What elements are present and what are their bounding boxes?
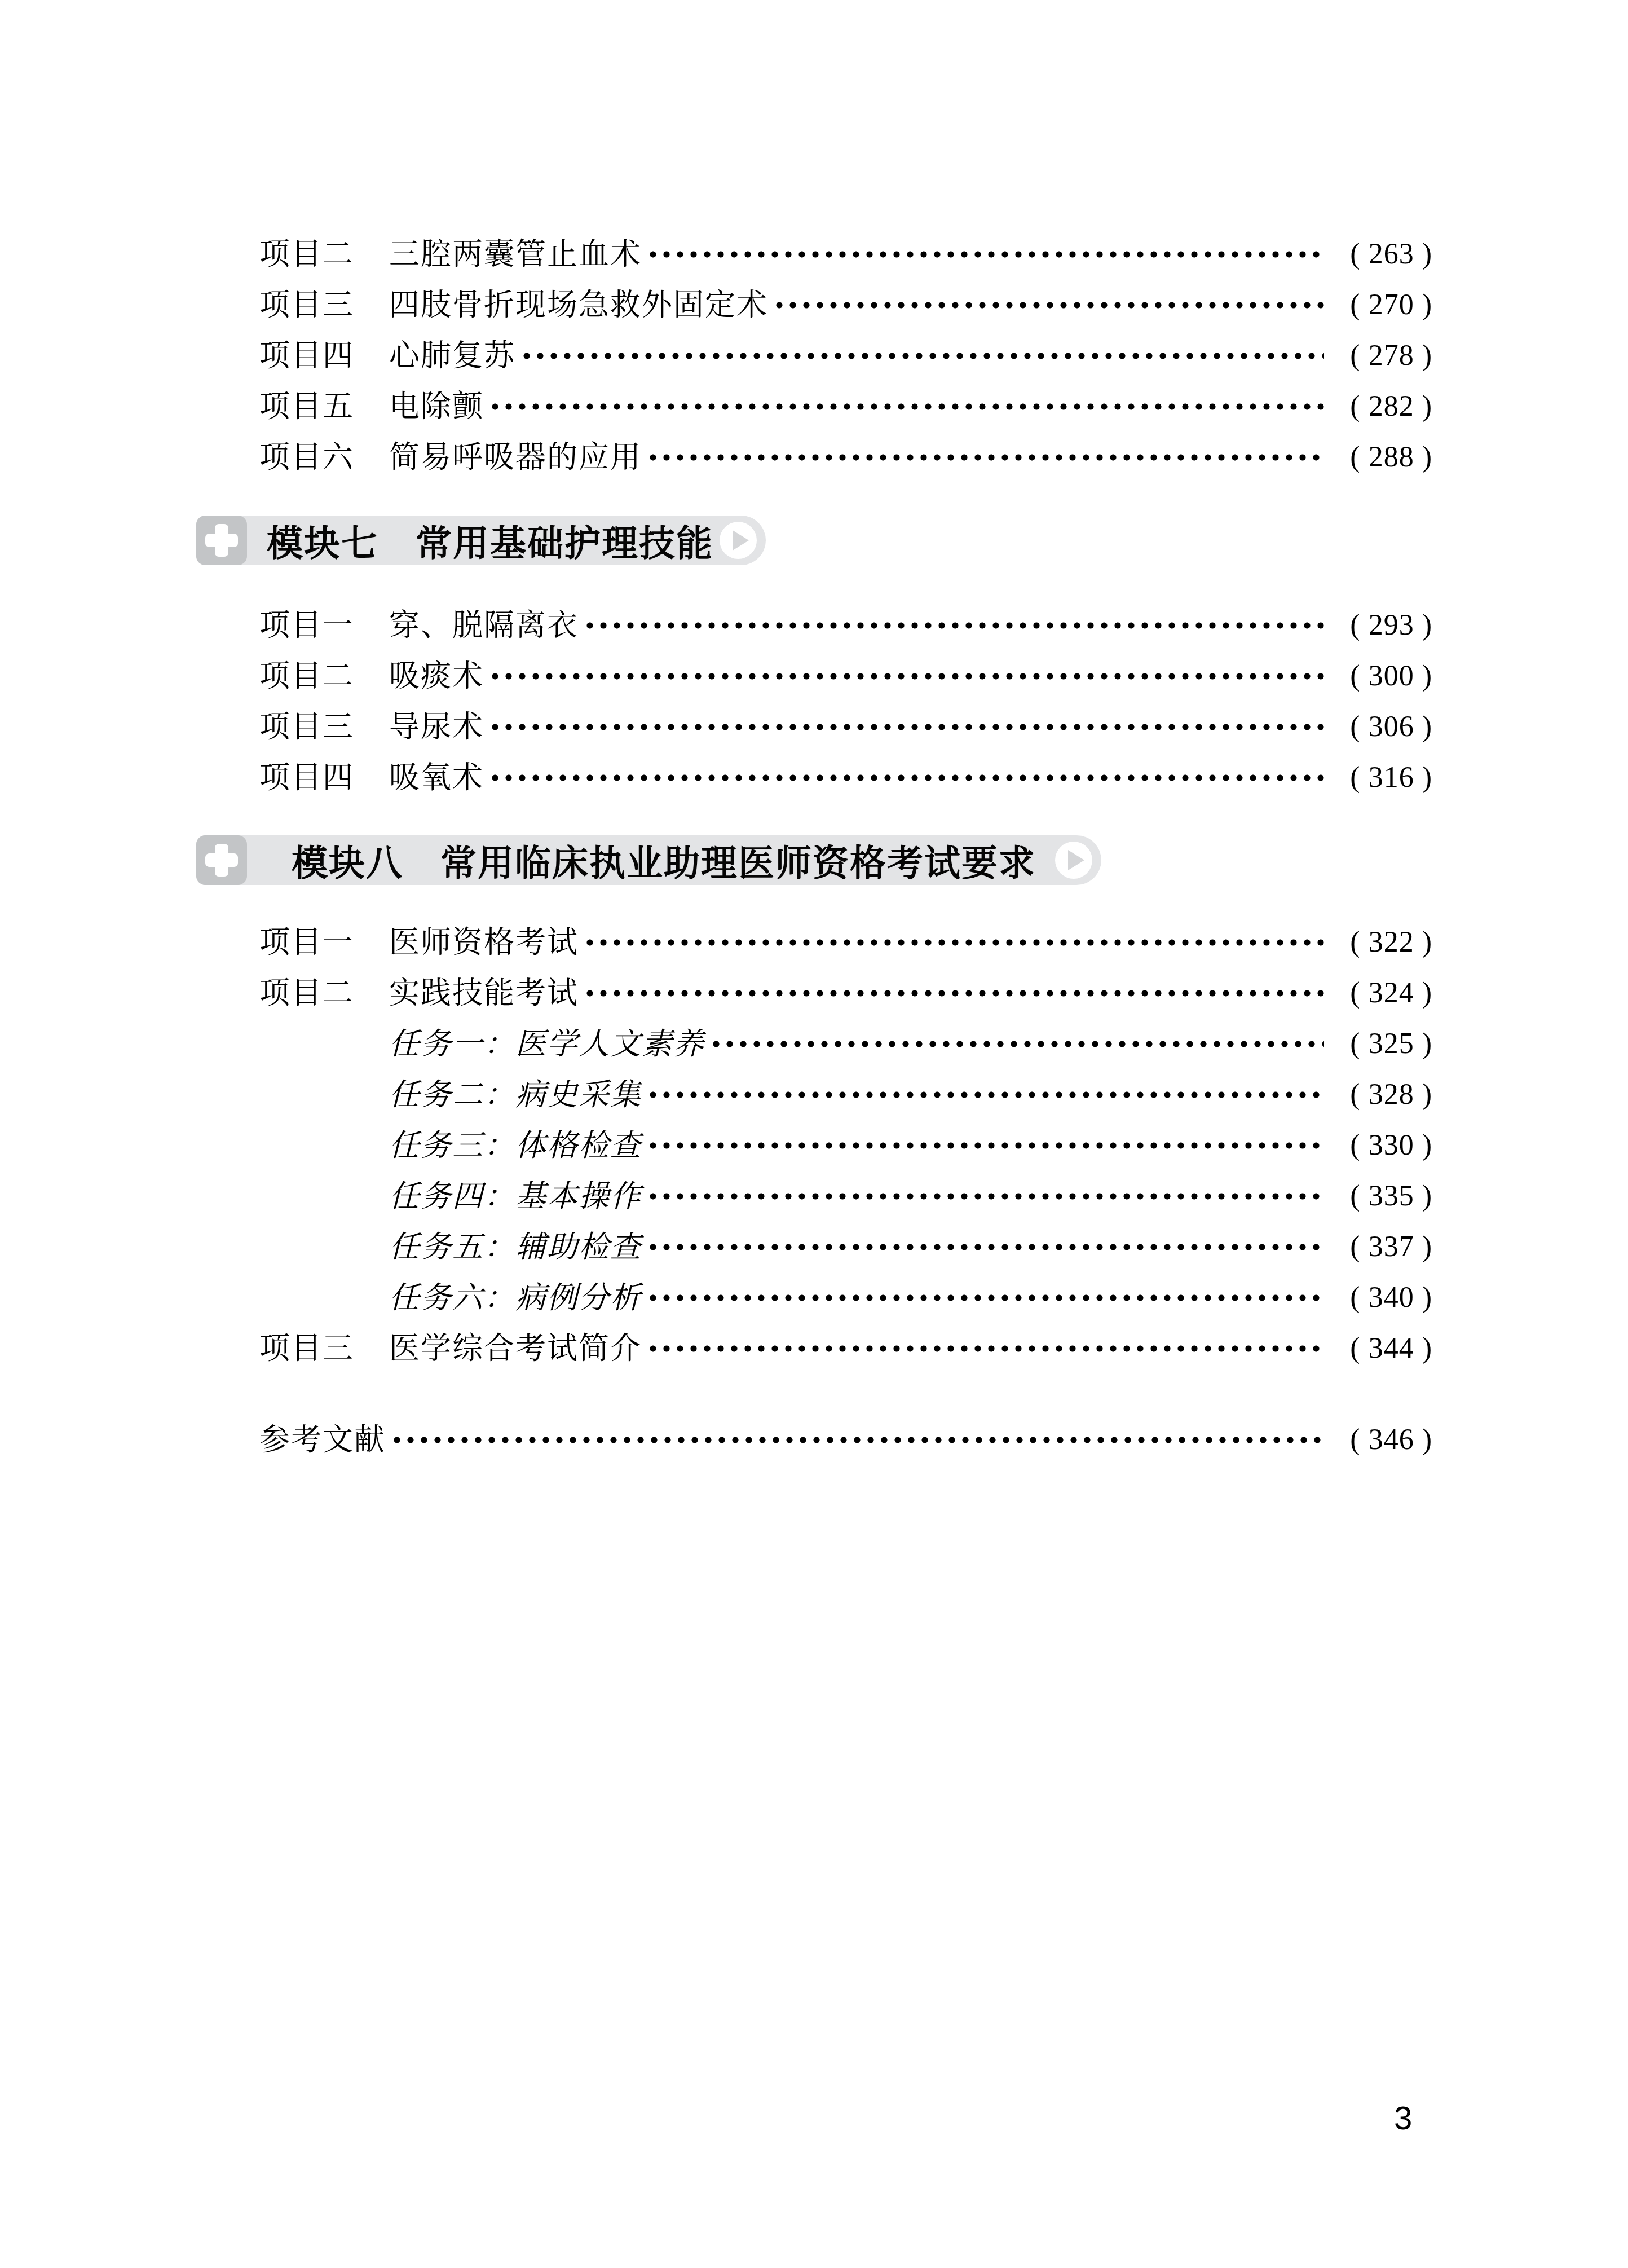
dot-leader bbox=[583, 917, 1324, 968]
toc-section: 项目二三腔两囊管止血术( 263 )项目三四肢骨折现场急救外固定术( 270 )… bbox=[259, 229, 1432, 483]
toc-row: 任务一：医学人文素养( 325 ) bbox=[259, 1019, 1432, 1069]
play-icon bbox=[733, 530, 749, 551]
toc-entry-label: 项目六 bbox=[259, 442, 389, 473]
toc-entry-title: 医学综合考试简介 bbox=[389, 1333, 642, 1364]
toc-entry-title: 四肢骨折现场急救外固定术 bbox=[389, 290, 768, 320]
toc-row: 项目一医师资格考试( 322 ) bbox=[259, 917, 1432, 968]
toc-entry-title: 任务二：病史采集 bbox=[389, 1080, 642, 1110]
toc-row: 项目五电除颤( 282 ) bbox=[259, 381, 1432, 432]
toc-entry-title: 心肺复苏 bbox=[389, 341, 515, 371]
toc-entry-title: 医师资格考试 bbox=[389, 927, 579, 958]
toc-entry-label: 项目五 bbox=[259, 391, 389, 422]
toc-entry-title: 实践技能考试 bbox=[389, 978, 579, 1009]
toc-entry-title: 任务六：病例分析 bbox=[389, 1283, 642, 1313]
dot-leader bbox=[646, 1069, 1324, 1120]
dot-leader bbox=[646, 1323, 1324, 1374]
dot-leader bbox=[390, 1415, 1324, 1465]
dot-leader bbox=[488, 702, 1324, 752]
toc-entry-title: 导尿术 bbox=[389, 712, 484, 742]
toc-entry-label: 项目一 bbox=[259, 610, 389, 641]
toc-row: 参考文献( 346 ) bbox=[259, 1415, 1432, 1465]
toc-entry-page: ( 322 ) bbox=[1330, 928, 1432, 957]
toc-row: 项目三四肢骨折现场急救外固定术( 270 ) bbox=[259, 280, 1432, 331]
toc-entry-label: 项目四 bbox=[259, 763, 389, 793]
toc-entry-title: 吸氧术 bbox=[389, 763, 484, 793]
toc-entry-label: 项目四 bbox=[259, 341, 389, 371]
toc-row: 任务五：辅助检查( 337 ) bbox=[259, 1222, 1432, 1272]
toc-content: 项目二三腔两囊管止血术( 263 )项目三四肢骨折现场急救外固定术( 270 )… bbox=[0, 0, 1628, 1465]
toc-entry-title: 任务四：基本操作 bbox=[389, 1181, 642, 1212]
dot-leader bbox=[646, 1272, 1324, 1323]
dot-leader bbox=[520, 331, 1324, 381]
toc-entry-title: 简易呼吸器的应用 bbox=[389, 442, 642, 473]
toc-entry-title: 任务五：辅助检查 bbox=[389, 1232, 642, 1262]
toc-row: 项目三导尿术( 306 ) bbox=[259, 702, 1432, 752]
toc-section: 项目一医师资格考试( 322 )项目二实践技能考试( 324 )任务一：医学人文… bbox=[259, 917, 1432, 1374]
page-number: 3 bbox=[1394, 2099, 1412, 2137]
toc-entry-page: ( 270 ) bbox=[1330, 290, 1432, 320]
toc-page: 项目二三腔两囊管止血术( 263 )项目三四肢骨折现场急救外固定术( 270 )… bbox=[0, 0, 1628, 2268]
toc-entry-title: 电除颤 bbox=[389, 391, 484, 422]
dot-leader bbox=[646, 432, 1324, 483]
toc-row: 任务三：体格检查( 330 ) bbox=[259, 1120, 1432, 1171]
dot-leader bbox=[773, 280, 1324, 331]
dot-leader bbox=[488, 752, 1324, 803]
toc-section: 项目一穿、脱隔离衣( 293 )项目二吸痰术( 300 )项目三导尿术( 306… bbox=[259, 600, 1432, 803]
dot-leader bbox=[488, 381, 1324, 432]
toc-entry-page: ( 337 ) bbox=[1330, 1232, 1432, 1262]
dot-leader bbox=[646, 229, 1324, 280]
toc-entry-page: ( 278 ) bbox=[1330, 341, 1432, 371]
toc-entry-label: 项目一 bbox=[259, 927, 389, 958]
dot-leader bbox=[488, 651, 1324, 702]
toc-row: 项目三医学综合考试简介( 344 ) bbox=[259, 1323, 1432, 1374]
toc-entry-label: 项目二 bbox=[259, 239, 389, 270]
toc-entry-page: ( 288 ) bbox=[1330, 443, 1432, 472]
module-header-bar: 模块七 常用基础护理技能 bbox=[196, 516, 766, 565]
toc-entry-title: 三腔两囊管止血术 bbox=[389, 239, 642, 270]
dot-leader bbox=[646, 1171, 1324, 1222]
toc-row: 项目二实践技能考试( 324 ) bbox=[259, 968, 1432, 1019]
toc-entry-title: 任务三：体格检查 bbox=[389, 1130, 642, 1161]
toc-entry-page: ( 324 ) bbox=[1330, 979, 1432, 1008]
toc-entry-page: ( 282 ) bbox=[1330, 392, 1432, 421]
toc-entry-page: ( 316 ) bbox=[1330, 763, 1432, 792]
toc-entry-label: 项目三 bbox=[259, 712, 389, 742]
module-title: 模块八 常用临床执业助理医师资格考试要求 bbox=[292, 834, 1036, 886]
toc-entry-page: ( 300 ) bbox=[1330, 662, 1432, 691]
module-header-bar: 模块八 常用临床执业助理医师资格考试要求 bbox=[196, 835, 1101, 885]
toc-entry-title: 任务一：医学人文素养 bbox=[389, 1029, 705, 1059]
toc-row: 任务二：病史采集( 328 ) bbox=[259, 1069, 1432, 1120]
toc-entry-label: 项目二 bbox=[259, 978, 389, 1009]
toc-row: 项目二三腔两囊管止血术( 263 ) bbox=[259, 229, 1432, 280]
toc-row: 任务四：基本操作( 335 ) bbox=[259, 1171, 1432, 1222]
dot-leader bbox=[583, 968, 1324, 1019]
toc-entry-label: 项目三 bbox=[259, 290, 389, 320]
dot-leader bbox=[646, 1120, 1324, 1171]
toc-row: 项目一穿、脱隔离衣( 293 ) bbox=[259, 600, 1432, 651]
toc-entry-label: 项目二 bbox=[259, 661, 389, 692]
dot-leader bbox=[709, 1019, 1324, 1069]
medical-cross-icon bbox=[205, 844, 238, 877]
toc-entry-page: ( 328 ) bbox=[1330, 1080, 1432, 1109]
toc-entry-page: ( 335 ) bbox=[1330, 1182, 1432, 1211]
toc-entry-page: ( 306 ) bbox=[1330, 712, 1432, 742]
play-button-badge bbox=[1055, 842, 1092, 879]
play-icon bbox=[1068, 850, 1084, 870]
toc-entry-label: 项目三 bbox=[259, 1333, 389, 1364]
toc-entry-page: ( 344 ) bbox=[1330, 1334, 1432, 1363]
toc-row: 项目四心肺复苏( 278 ) bbox=[259, 331, 1432, 381]
toc-row: 项目二吸痰术( 300 ) bbox=[259, 651, 1432, 702]
toc-entry-page: ( 346 ) bbox=[1330, 1425, 1432, 1455]
toc-entry-title: 参考文献 bbox=[259, 1425, 386, 1455]
toc-entry-page: ( 325 ) bbox=[1330, 1029, 1432, 1059]
dot-leader bbox=[583, 600, 1324, 651]
medical-cross-badge bbox=[196, 516, 247, 565]
medical-cross-icon bbox=[205, 524, 238, 557]
toc-row: 项目六简易呼吸器的应用( 288 ) bbox=[259, 432, 1432, 483]
module-title: 模块七 常用基础护理技能 bbox=[267, 514, 713, 566]
toc-row: 任务六：病例分析( 340 ) bbox=[259, 1272, 1432, 1323]
toc-entry-page: ( 340 ) bbox=[1330, 1283, 1432, 1313]
toc-section: 参考文献( 346 ) bbox=[259, 1415, 1432, 1465]
toc-entry-page: ( 293 ) bbox=[1330, 611, 1432, 640]
toc-entry-page: ( 263 ) bbox=[1330, 240, 1432, 269]
toc-entry-title: 穿、脱隔离衣 bbox=[389, 610, 579, 641]
medical-cross-badge bbox=[196, 835, 247, 885]
toc-entry-title: 吸痰术 bbox=[389, 661, 484, 692]
toc-entry-page: ( 330 ) bbox=[1330, 1131, 1432, 1160]
play-button-badge bbox=[720, 522, 757, 559]
toc-row: 项目四吸氧术( 316 ) bbox=[259, 752, 1432, 803]
dot-leader bbox=[646, 1222, 1324, 1272]
